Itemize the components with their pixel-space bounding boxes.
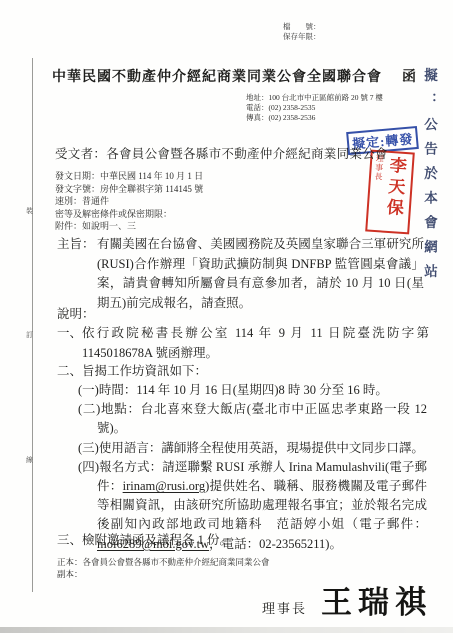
address-block: 地址：100 台北市中正區館前路 20 號 7 樓 電話：(02) 2358-2… [246,93,383,122]
workshop-info-list: (一)時間：114 年 10 月 16 日(星期四)8 時 30 分至 16 時… [78,381,427,554]
scan-edge-artifact [0,627,453,633]
doc-meta-block: 發文日期：中華民國 114 年 10 月 1 日 發文字號：房仲全聯祺字第 11… [55,170,203,233]
fax-line: 傳真：(02) 2358-2536 [246,113,383,123]
retention-period-label: 保存年限： [283,32,321,42]
file-number-label: 檔 號： [283,22,321,32]
doc-type: 函 [402,70,417,85]
description-item-3: 三、檢附邀請函及議程各 1 份。 [57,530,232,548]
description-item-1: 一、 依行政院秘書長辦公室 114 年 9 月 11 日院臺洗防字第 11450… [57,324,429,363]
recipient-line: 受文者：各會員公會暨各縣市不動產仲介經紀商業同業公會 [55,144,388,162]
org-title-row: 中華民國不動產仲介經紀商業同業公會全國聯合會函 [52,66,422,86]
signature-block: 理事長 王瑞祺 [262,577,432,622]
item-1-number: 一、 [57,324,82,363]
chairman-stamp: 理事長 李天保 [365,150,415,235]
phone-line: 電話：(02) 2358-2535 [246,103,383,113]
rusi-email: irinam@rusi.org [123,479,205,493]
binding-mark-zhuang: 裝 [26,206,33,216]
doc-security-class: 密等及解密條件或保密期限： [55,208,203,221]
signature-name: 王瑞祺 [321,577,432,622]
doc-number: 發文字號：房仲全聯祺字第 114145 號 [55,183,203,196]
subject-text: 有關美國在台協會、美國國務院及英國皇家聯合三軍研究所(RUSI)合作辦理「資助武… [97,235,424,313]
chairman-stamp-name: 李天保 [380,156,409,221]
doc-speed-class: 速別：普通件 [55,195,203,208]
description-label: 說明： [57,304,95,322]
official-letter-page: 裝 訂 線 檔 號： 保存年限： 中華民國不動產仲介經紀商業同業公會全國聯合會函… [0,0,453,640]
doc-date: 發文日期：中華民國 114 年 10 月 1 日 [55,170,203,183]
carbon-copy-line: 副本： [57,568,270,580]
sub-item-time: (一)時間：114 年 10 月 16 日(星期四)8 時 30 分至 16 時… [78,381,427,400]
binding-mark-xian: 線 [26,455,33,465]
signature-title: 理事長 [262,598,307,622]
binding-line [32,58,33,592]
doc-attachment-note: 附件：如說明一、三 [55,220,203,233]
file-label-block: 檔 號： 保存年限： [283,22,321,42]
description-item-2: 二、 旨揭工作坊資訊如下： [57,362,429,382]
org-title: 中華民國不動產仲介經紀商業同業公會全國聯合會 [52,70,382,85]
item-2-number: 二、 [57,362,82,382]
subject-label: 主旨： [57,235,97,313]
copies-block: 正本：各會員公會暨各縣市不動產仲介經紀商業同業公會 副本： [57,556,270,580]
address-line: 地址：100 台北市中正區館前路 20 號 7 樓 [246,93,383,103]
item-2-text: 旨揭工作坊資訊如下： [82,362,207,382]
subject-block: 主旨： 有關美國在台協會、美國國務院及英國皇家聯合三軍研究所(RUSI)合作辦理… [57,235,424,313]
binding-mark-ding: 訂 [26,330,33,340]
item-1-text: 依行政院秘書長辦公室 114 年 9 月 11 日院臺洗防字第 11450186… [82,324,429,363]
original-copy-line: 正本：各會員公會暨各縣市不動產仲介經紀商業同業公會 [57,556,270,568]
sub-item-language: (三)使用語言：講師將全程使用英語，現場提供中文同步口譯。 [78,439,427,458]
sub-item-location: (二)地點：台北喜來登大飯店(臺北市中正區忠孝東路一段 12 號)。 [78,400,427,438]
